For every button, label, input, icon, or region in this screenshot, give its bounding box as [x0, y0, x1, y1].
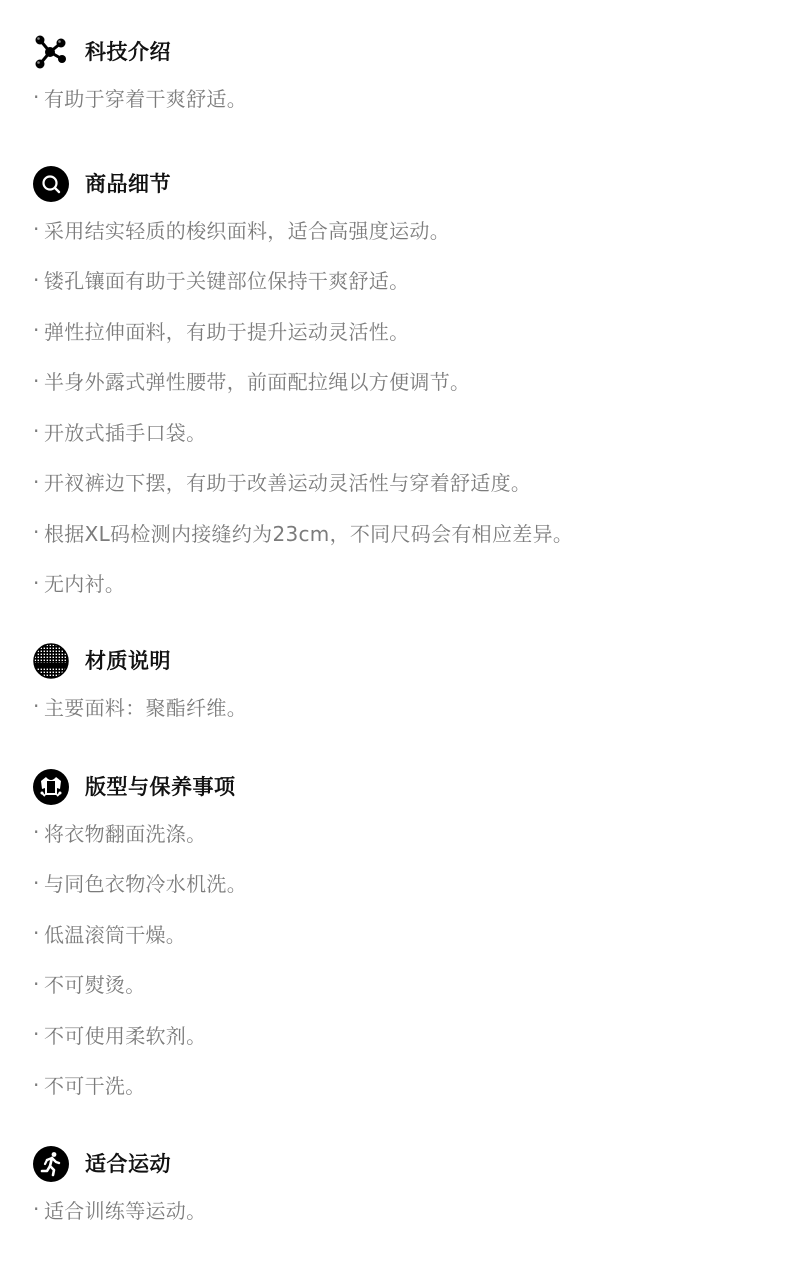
item-text: 半身外露式弹性腰带，前面配拉绳以方便调节。 — [44, 366, 470, 395]
section-details: 商品细节 ·采用结实轻质的梭织面料，适合高强度运动。 ·镂孔镶面有助于关键部位保… — [33, 164, 773, 608]
section-header: 材质说明 — [33, 641, 773, 681]
bullet: · — [33, 1197, 44, 1221]
bullet: · — [33, 520, 44, 544]
bullet: · — [33, 318, 44, 342]
list-item: ·半身外露式弹性腰带，前面配拉绳以方便调节。 — [33, 356, 773, 407]
bullet: · — [33, 85, 44, 109]
item-text: 将衣物翻面洗涤。 — [44, 818, 206, 847]
list-item: ·适合训练等运动。 — [33, 1184, 773, 1235]
bullet: · — [33, 419, 44, 443]
item-list: ·采用结实轻质的梭织面料，适合高强度运动。 ·镂孔镶面有助于关键部位保持干爽舒适… — [33, 204, 773, 608]
bullet: · — [33, 1073, 44, 1097]
list-item: ·不可熨烫。 — [33, 959, 773, 1010]
item-text: 不可熨烫。 — [44, 969, 146, 998]
item-text: 根据XL码检测内接缝约为23cm，不同尺码会有相应差异。 — [44, 518, 573, 547]
item-text: 开衩裤边下摆，有助于改善运动灵活性与穿着舒适度。 — [44, 467, 531, 496]
list-item: ·不可干洗。 — [33, 1060, 773, 1111]
section-title: 科技介绍 — [85, 32, 171, 72]
list-item: ·开放式插手口袋。 — [33, 406, 773, 457]
list-item: ·镂孔镶面有助于关键部位保持干爽舒适。 — [33, 255, 773, 306]
list-item: ·采用结实轻质的梭织面料，适合高强度运动。 — [33, 204, 773, 255]
item-text: 无内衬。 — [44, 568, 125, 597]
item-list: ·主要面料：聚酯纤维。 — [33, 681, 773, 732]
list-item: ·弹性拉伸面料，有助于提升运动灵活性。 — [33, 305, 773, 356]
bullet: · — [33, 921, 44, 945]
section-title: 商品细节 — [85, 164, 171, 204]
item-text: 低温滚筒干燥。 — [44, 919, 186, 948]
section-title: 版型与保养事项 — [85, 767, 236, 807]
bullet: · — [33, 470, 44, 494]
item-text: 不可干洗。 — [44, 1070, 146, 1099]
section-header: 商品细节 — [33, 164, 773, 204]
bullet: · — [33, 972, 44, 996]
list-item: ·低温滚筒干燥。 — [33, 908, 773, 959]
section-sport: 适合运动 ·适合训练等运动。 — [33, 1144, 773, 1235]
item-text: 开放式插手口袋。 — [44, 417, 206, 446]
item-list: ·将衣物翻面洗涤。 ·与同色衣物冷水机洗。 ·低温滚筒干燥。 ·不可熨烫。 ·不… — [33, 807, 773, 1110]
section-material: 材质说明 ·主要面料：聚酯纤维。 — [33, 641, 773, 732]
section-care: 版型与保养事项 ·将衣物翻面洗涤。 ·与同色衣物冷水机洗。 ·低温滚筒干燥。 ·… — [33, 767, 773, 1110]
shirt-care-icon — [33, 769, 69, 805]
item-text: 弹性拉伸面料，有助于提升运动灵活性。 — [44, 316, 409, 345]
running-icon — [33, 1146, 69, 1182]
list-item: ·主要面料：聚酯纤维。 — [33, 681, 773, 732]
list-item: ·无内衬。 — [33, 558, 773, 609]
list-item: ·有助于穿着干爽舒适。 — [33, 72, 773, 123]
bullet: · — [33, 571, 44, 595]
item-text: 有助于穿着干爽舒适。 — [44, 83, 247, 112]
bullet: · — [33, 268, 44, 292]
bullet: · — [33, 369, 44, 393]
section-title: 适合运动 — [85, 1144, 171, 1184]
section-tech: 科技介绍 ·有助于穿着干爽舒适。 — [33, 32, 773, 123]
item-text: 采用结实轻质的梭织面料，适合高强度运动。 — [44, 215, 450, 244]
section-header: 科技介绍 — [33, 32, 773, 72]
fabric-icon — [33, 643, 69, 679]
bullet: · — [33, 820, 44, 844]
magnifier-icon — [33, 166, 69, 202]
item-text: 不可使用柔软剂。 — [44, 1020, 206, 1049]
list-item: ·与同色衣物冷水机洗。 — [33, 858, 773, 909]
section-header: 适合运动 — [33, 1144, 773, 1184]
item-text: 与同色衣物冷水机洗。 — [44, 868, 247, 897]
molecule-icon — [33, 34, 69, 70]
list-item: ·将衣物翻面洗涤。 — [33, 807, 773, 858]
list-item: ·根据XL码检测内接缝约为23cm，不同尺码会有相应差异。 — [33, 507, 773, 558]
bullet: · — [33, 217, 44, 241]
item-list: ·有助于穿着干爽舒适。 — [33, 72, 773, 123]
bullet: · — [33, 871, 44, 895]
item-text: 主要面料：聚酯纤维。 — [44, 692, 247, 721]
item-text: 镂孔镶面有助于关键部位保持干爽舒适。 — [44, 265, 409, 294]
item-list: ·适合训练等运动。 — [33, 1184, 773, 1235]
bullet: · — [33, 694, 44, 718]
list-item: ·开衩裤边下摆，有助于改善运动灵活性与穿着舒适度。 — [33, 457, 773, 508]
section-title: 材质说明 — [85, 641, 171, 681]
bullet: · — [33, 1022, 44, 1046]
list-item: ·不可使用柔软剂。 — [33, 1009, 773, 1060]
item-text: 适合训练等运动。 — [44, 1195, 206, 1224]
section-header: 版型与保养事项 — [33, 767, 773, 807]
